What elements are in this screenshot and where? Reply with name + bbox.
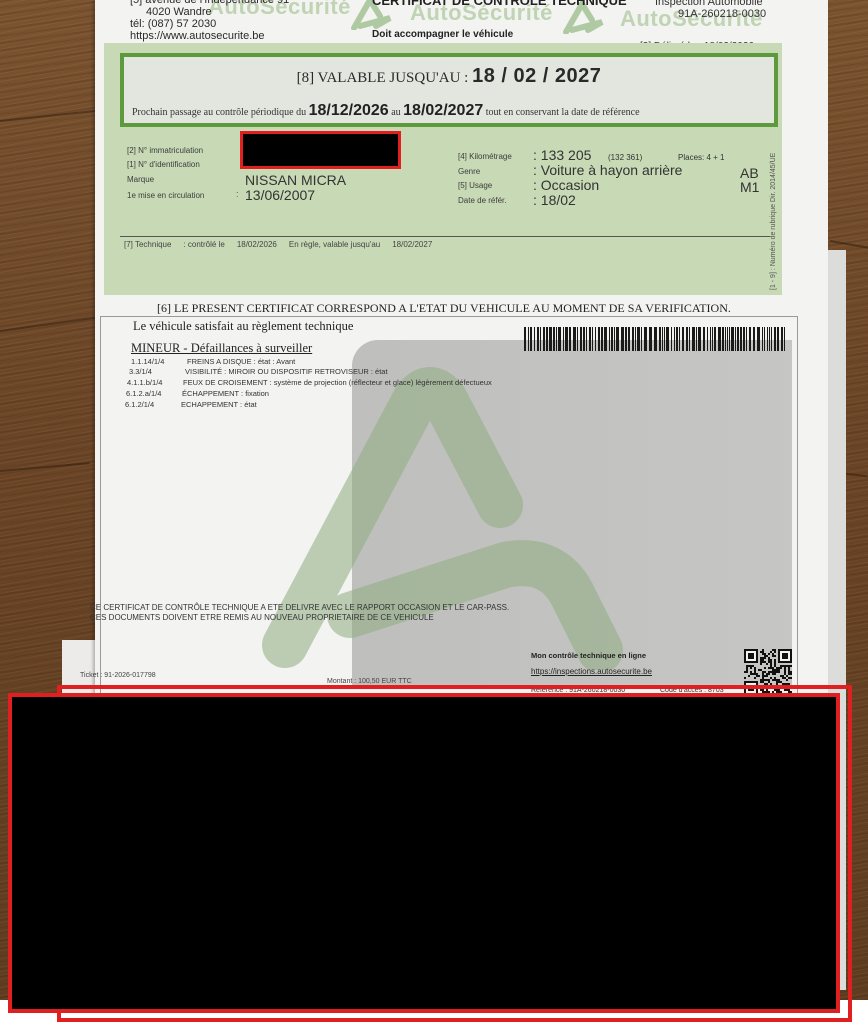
next-inspection-from: 18/12/2026 [309, 102, 389, 119]
certificate-note: CE CERTIFICAT DE CONTRÔLE TECHNIQUE A ET… [90, 603, 509, 623]
station-phone: tél: (087) 57 2030 [130, 18, 216, 30]
barcode-icon [524, 327, 787, 351]
make-value: NISSAN MICRA [245, 172, 346, 188]
defect-code: 6.1.2.a/1/4 [126, 389, 182, 398]
certificate-statement: [6] LE PRESENT CERTIFICAT CORRESPOND A L… [157, 301, 731, 316]
vin-label: [1] N° d'identification [127, 160, 200, 169]
registration-label: [2] N° immatriculation [127, 146, 203, 155]
defect-text: VISIBILITÉ : MIROIR OU DISPOSITIF RETROV… [185, 367, 388, 376]
usage-value: : Occasion [533, 177, 599, 193]
defects-title: MINEUR - Défaillances à surveiller [131, 341, 312, 356]
status-label: En règle, valable jusqu'au [289, 240, 380, 249]
next-inspection-to: 18/02/2027 [403, 102, 483, 119]
document-title: CERTIFICAT DE CONTRÔLE TECHNIQUE [372, 0, 627, 8]
usage-text: Occasion [541, 177, 599, 193]
genre-text: Voiture à hayon arrière [541, 162, 683, 178]
make-label: Marque [127, 175, 154, 184]
defect-text: FEUX DE CROISEMENT : système de projecti… [183, 378, 492, 387]
reference-date-text: 18/02 [541, 192, 576, 208]
mileage-number: 133 205 [541, 147, 592, 163]
colon: : [236, 189, 239, 199]
usage-label: [5] Usage [458, 181, 492, 190]
defect-item: 1.1.14/1/4FREINS A DISQUE : état : Avant [131, 357, 295, 366]
must-accompany-note: Doit accompagner le véhicule [372, 29, 513, 40]
first-registration-label: 1e mise en circulation [127, 191, 204, 200]
certificate-note-line2: CES DOCUMENTS DOIVENT ETRE REMIS AU NOUV… [90, 613, 509, 623]
next-inspection-line: Prochain passage au contrôle périodique … [132, 102, 770, 120]
defect-text: ÉCHAPPEMENT : fixation [182, 389, 269, 398]
defect-code: 6.1.2/1/4 [125, 400, 181, 409]
certificate-note-line1: CE CERTIFICAT DE CONTRÔLE TECHNIQUE A ET… [90, 603, 509, 613]
category-code: M1 [740, 179, 759, 195]
directive-note: [1 - 9] : Numéro de rubrique Dir. 2014/4… [770, 153, 777, 290]
online-link[interactable]: https://inspections.autosecurite.be [531, 667, 652, 676]
next-inspection-suffix: tout en conservant la date de référence [483, 107, 639, 118]
divider [120, 236, 770, 237]
validity-line: [8] VALABLE JUSQU'AU : 18 / 02 / 2027 [124, 65, 774, 88]
station-city: 4020 Wandre [146, 6, 212, 18]
defect-text: FREINS A DISQUE : état : Avant [187, 357, 295, 366]
wood-grain [0, 316, 99, 332]
defect-item: 6.1.2.a/1/4ÉCHAPPEMENT : fixation [126, 389, 269, 398]
defect-item: 6.1.2/1/4ECHAPPEMENT : état [125, 400, 257, 409]
genre-label: Genre [458, 167, 480, 176]
technical-status-line: [7] Technique: contrôlé le18/02/2026En r… [124, 240, 444, 249]
defect-item: 4.1.1.b/1/4FEUX DE CROISEMENT : système … [127, 378, 492, 387]
first-registration-value: 13/06/2007 [245, 187, 315, 203]
genre-value: : Voiture à hayon arrière [533, 162, 682, 178]
reference-date-value: : 18/02 [533, 192, 576, 208]
wood-grain [0, 110, 100, 122]
validity-box: [8] VALABLE JUSQU'AU : 18 / 02 / 2027 Pr… [120, 53, 778, 127]
wood-grain [0, 462, 90, 472]
registration-redaction [240, 131, 401, 169]
mileage-previous: (132 361) [608, 153, 642, 162]
defect-text: ECHAPPEMENT : état [181, 400, 257, 409]
validity-label: [8] VALABLE JUSQU'AU : [297, 70, 473, 86]
wood-grain [830, 240, 868, 249]
station-website[interactable]: https://www.autosecurite.be [130, 30, 265, 42]
mileage-label: [4] Kilométrage [458, 152, 512, 161]
defect-item: 3.3/1/4VISIBILITÉ : MIROIR OU DISPOSITIF… [129, 367, 388, 376]
autosecurite-watermark-logo-icon [255, 360, 625, 670]
valid-until-date: 18/02/2027 [392, 240, 432, 249]
amount: Montant : 100,50 EUR TTC [327, 678, 412, 685]
defect-code: 1.1.14/1/4 [131, 357, 187, 366]
checked-on-date: 18/02/2026 [237, 240, 277, 249]
online-title: Mon contrôle technique en ligne [531, 651, 646, 660]
inspection-label: Inspection Automobile [655, 0, 763, 8]
defect-code: 4.1.1.b/1/4 [127, 378, 183, 387]
technical-label: [7] Technique [124, 240, 171, 249]
next-inspection-prefix: Prochain passage au contrôle périodique … [132, 107, 309, 118]
checked-on-label: : contrôlé le [183, 240, 224, 249]
redaction-block [8, 693, 840, 1013]
validity-date: 18 / 02 / 2027 [472, 65, 601, 87]
inspection-number: 91A-260218-0030 [678, 8, 766, 20]
next-inspection-mid: au [389, 107, 403, 118]
inspection-result: Le véhicule satisfait au règlement techn… [133, 319, 353, 334]
ticket-number: Ticket : 91-2026-017798 [80, 672, 156, 679]
reference-date-label: Date de référ. [458, 196, 506, 205]
seats: Places: 4 + 1 [678, 153, 724, 162]
mileage-value: : 133 205 [533, 147, 591, 163]
defect-code: 3.3/1/4 [129, 367, 185, 376]
